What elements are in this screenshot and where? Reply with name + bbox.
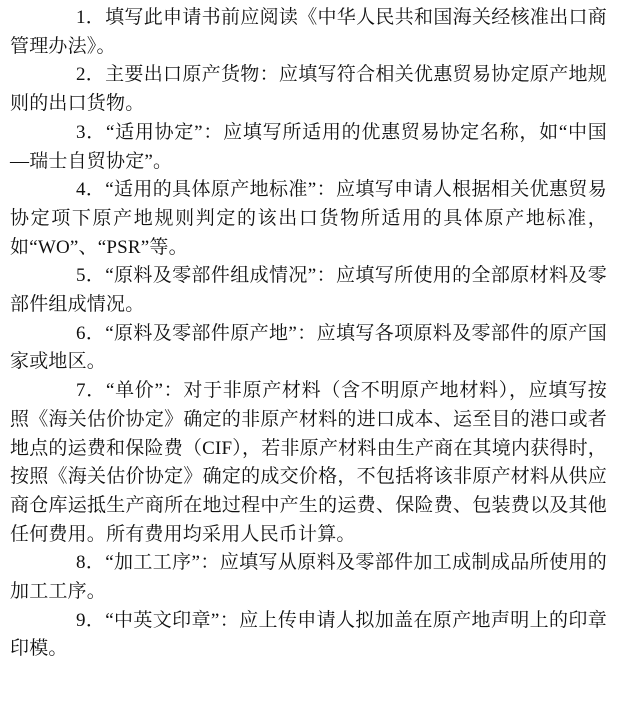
paragraph-number: 4． xyxy=(76,179,105,200)
paragraph-number: 2． xyxy=(76,64,105,85)
instruction-paragraph: 7．“单价”：对于非原产材料（含不明原产地材料），应填写按照《海关估价协定》确定… xyxy=(10,377,607,549)
paragraph-number: 9． xyxy=(76,610,105,631)
paragraph-number: 6． xyxy=(76,323,105,344)
paragraph-number: 1． xyxy=(76,7,105,28)
document-page: 1．填写此申请书前应阅读《中华人民共和国海关经核准出口商管理办法》。2．主要出口… xyxy=(0,0,619,701)
instruction-paragraph: 6．“原料及零部件原产地”：应填写各项原料及零部件的原产国家或地区。 xyxy=(10,320,607,377)
instruction-paragraph: 1．填写此申请书前应阅读《中华人民共和国海关经核准出口商管理办法》。 xyxy=(10,4,607,61)
paragraph-number: 8． xyxy=(76,552,105,573)
paragraph-number: 7． xyxy=(76,380,106,401)
instruction-paragraph: 8．“加工工序”：应填写从原料及零部件加工成制成品所使用的加工工序。 xyxy=(10,549,607,606)
instruction-paragraph: 9．“中英文印章”：应上传申请人拟加盖在原产地声明上的印章印模。 xyxy=(10,607,607,664)
paragraph-number: 5． xyxy=(76,265,105,286)
instruction-paragraph: 3．“适用协定”：应填写所适用的优惠贸易协定名称，如“中国—瑞士自贸协定”。 xyxy=(10,119,607,176)
document-body: 1．填写此申请书前应阅读《中华人民共和国海关经核准出口商管理办法》。2．主要出口… xyxy=(10,4,607,664)
paragraph-text: “单价”：对于非原产材料（含不明原产地材料），应填写按照《海关估价协定》确定的非… xyxy=(10,380,607,545)
instruction-paragraph: 2．主要出口原产货物：应填写符合相关优惠贸易协定原产地规则的出口货物。 xyxy=(10,61,607,118)
instruction-paragraph: 5．“原料及零部件组成情况”：应填写所使用的全部原材料及零部件组成情况。 xyxy=(10,262,607,319)
paragraph-number: 3． xyxy=(76,122,106,143)
instruction-paragraph: 4．“适用的具体原产地标准”：应填写申请人根据相关优惠贸易协定项下原产地规则判定… xyxy=(10,176,607,262)
